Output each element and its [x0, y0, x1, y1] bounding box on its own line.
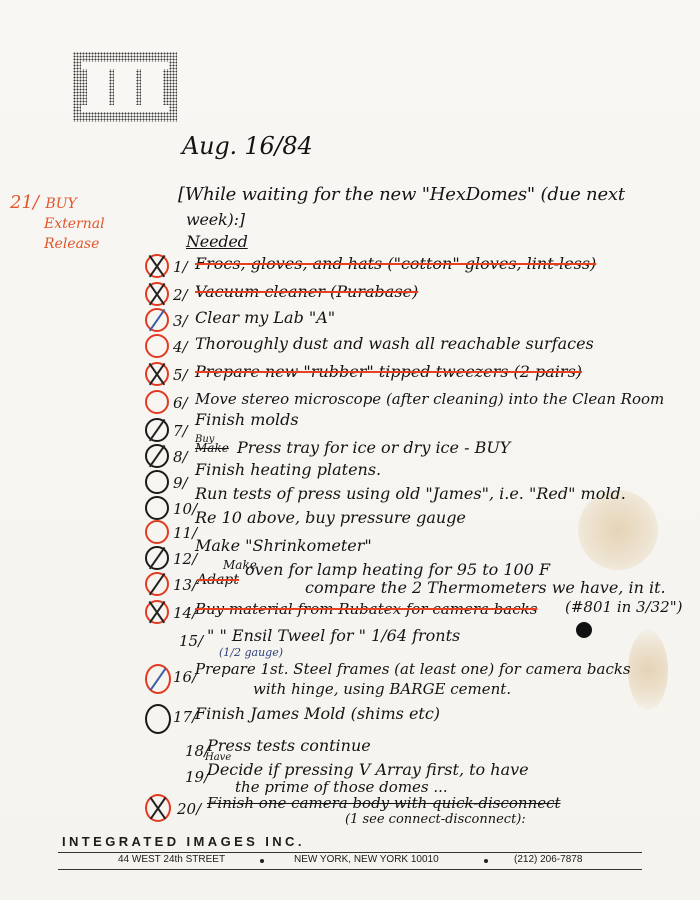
item-continuation: compare the 2 Thermometers we have, in i…	[305, 578, 666, 597]
status-circle-done	[145, 794, 171, 822]
item-text: Finish James Mold (shims etc)	[195, 704, 440, 723]
item-text: Clear my Lab "A"	[195, 308, 335, 327]
item-number: 11/	[173, 524, 197, 542]
item-text: Press tray for ice or dry ice - BUY	[237, 438, 510, 457]
margin-note-number: 21/	[10, 192, 39, 213]
item-text: Re 10 above, buy pressure gauge	[195, 508, 466, 527]
item-text: Prepare 1st. Steel frames (at least one)…	[195, 660, 631, 678]
item-number: 17/	[173, 708, 197, 726]
item-text: Make "Shrinkometer"	[195, 536, 372, 555]
item-text: Prepare new "rubber" tipped tweezers (2 …	[195, 362, 582, 381]
item-number: 16/	[173, 668, 197, 686]
status-circle-partial	[145, 664, 171, 694]
margin-note-line: Release	[10, 234, 105, 254]
status-circle-done	[145, 600, 169, 624]
item-number: 19/	[185, 768, 209, 786]
margin-note-line: BUY	[45, 196, 76, 212]
status-circle-open	[145, 334, 169, 358]
logo-letter-i	[114, 64, 136, 110]
status-circle-done	[145, 254, 169, 278]
item-annotation: (1/2 gauge)	[219, 646, 283, 659]
item-continuation: with hinge, using BARGE cement.	[253, 680, 511, 698]
item-text: " " Ensil Tweel for " 1/64 fronts	[207, 626, 460, 645]
status-circle-open	[145, 496, 169, 520]
company-city: NEW YORK, NEW YORK 10010	[294, 854, 439, 865]
separator-dot	[484, 859, 488, 863]
item-text: Frocs, gloves, and hats ("cotton" gloves…	[195, 254, 596, 273]
status-circle-open	[145, 390, 169, 414]
item-number: 13/	[173, 576, 197, 594]
company-name: INTEGRATED IMAGES INC.	[62, 834, 305, 849]
intro-text: [While waiting for the new "HexDomes" (d…	[178, 184, 625, 205]
logo-letter-i	[141, 64, 163, 110]
item-continuation: (1 see connect-disconnect):	[345, 812, 526, 827]
item-text: Move stereo microscope (after cleaning) …	[195, 390, 664, 408]
margin-note: 21/ BUY External Release	[10, 193, 105, 254]
coffee-stain	[628, 630, 668, 710]
item-tail: (#801 in 3/32")	[565, 598, 682, 616]
logo-letter-i	[87, 64, 109, 110]
item-text: Run tests of press using old "James", i.…	[195, 484, 626, 503]
item-text: Finish heating platens.	[195, 460, 381, 479]
item-number: 12/	[173, 550, 197, 568]
status-circle-done	[145, 282, 169, 306]
item-number: 3/	[173, 312, 188, 330]
item-prefix-struck: Adapt	[197, 572, 239, 588]
item-number: 10/	[173, 500, 197, 518]
company-phone: (212) 206-7878	[514, 854, 582, 865]
item-text: Buy material from Rubatex for camera bac…	[195, 600, 537, 618]
status-circle-partial	[145, 572, 169, 596]
margin-note-line: External	[10, 214, 105, 234]
item-number: 9/	[173, 474, 188, 492]
item-text: Vacuum cleaner (Purabase)	[195, 282, 418, 301]
separator-dot	[260, 859, 264, 863]
note-date: Aug. 16/84	[182, 132, 313, 160]
letterhead-page: 21/ BUY External Release Aug. 16/84 [Whi…	[0, 0, 700, 900]
company-address: 44 WEST 24th STREET	[118, 854, 225, 865]
status-circle-open	[145, 704, 171, 734]
item-number: 8/	[173, 448, 188, 466]
item-number: 15/	[179, 632, 203, 650]
item-number: 20/	[177, 800, 201, 818]
status-circle-partial	[145, 444, 169, 468]
item-number: 7/	[173, 422, 188, 440]
item-text: Press tests continue	[207, 736, 371, 755]
item-text: Finish one camera body with quick-discon…	[207, 794, 561, 812]
footer-rule	[58, 852, 642, 853]
status-circle-partial	[145, 546, 169, 570]
item-text: Decide if pressing V Array first, to hav…	[207, 760, 529, 779]
item-text: oven for lamp heating for 95 to 100 F	[245, 560, 550, 579]
ink-blot	[576, 622, 592, 638]
status-circle-open	[145, 520, 169, 544]
needed-heading: Needed	[186, 232, 248, 251]
item-number: 14/	[173, 604, 197, 622]
status-circle-partial	[145, 308, 169, 332]
status-circle-partial	[145, 418, 169, 442]
status-circle-open	[145, 470, 169, 494]
item-number: 4/	[173, 338, 188, 356]
item-number: 2/	[173, 286, 188, 304]
footer-rule	[58, 869, 642, 870]
status-circle-done	[145, 362, 169, 386]
item-number: 1/	[173, 258, 188, 276]
item-text: Finish molds	[195, 410, 299, 429]
item-number: 5/	[173, 366, 188, 384]
item-number: 6/	[173, 394, 188, 412]
item-text: Thoroughly dust and wash all reachable s…	[195, 334, 594, 353]
intro-text: week):]	[186, 210, 245, 229]
item-prefix-struck: Make	[195, 441, 229, 455]
iii-logo	[73, 52, 177, 122]
